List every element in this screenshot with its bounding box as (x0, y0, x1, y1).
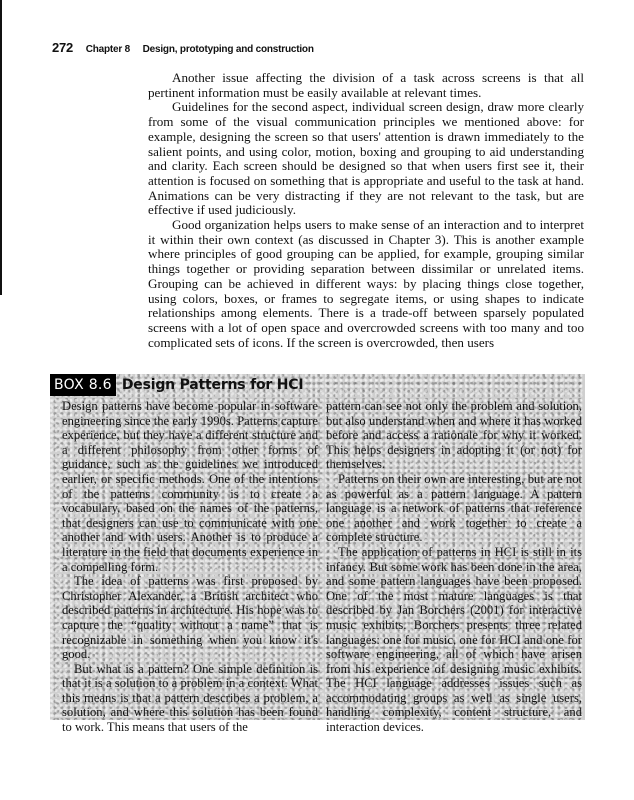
box-paragraph: Design patterns have become popular in s… (62, 399, 318, 574)
chapter-label: Chapter 8 (86, 44, 130, 55)
box-left-column: Design patterns have become popular in s… (62, 399, 318, 735)
body-text: Another issue affecting the division of … (148, 71, 584, 350)
box-paragraph: pattern can see not only the problem and… (326, 399, 582, 472)
sidebar-box: BOX 8.6 Design Patterns for HCI Design p… (50, 374, 585, 720)
body-paragraph: Good organization helps users to make se… (148, 218, 584, 350)
chapter-title: Design, prototyping and construction (143, 44, 314, 55)
box-paragraph: The application of patterns in HCI is st… (326, 545, 582, 735)
body-paragraph: Another issue affecting the division of … (148, 71, 584, 100)
box-columns: Design patterns have become popular in s… (50, 399, 585, 735)
running-head: 272 Chapter 8 Design, prototyping and co… (52, 40, 314, 55)
box-heading: Design Patterns for HCI (122, 377, 304, 393)
box-paragraph: The idea of patterns was first proposed … (62, 574, 318, 662)
box-paragraph: Patterns on their own are interesting, b… (326, 472, 582, 545)
box-title-bar: BOX 8.6 Design Patterns for HCI (50, 374, 303, 396)
box-right-column: pattern can see not only the problem and… (326, 399, 582, 735)
body-paragraph: Guidelines for the second aspect, indivi… (148, 100, 584, 218)
page-edge-line (0, 0, 2, 295)
box-paragraph: But what is a pattern? One simple defini… (62, 662, 318, 735)
page-number: 272 (52, 40, 73, 55)
box-label: BOX 8.6 (50, 374, 116, 396)
